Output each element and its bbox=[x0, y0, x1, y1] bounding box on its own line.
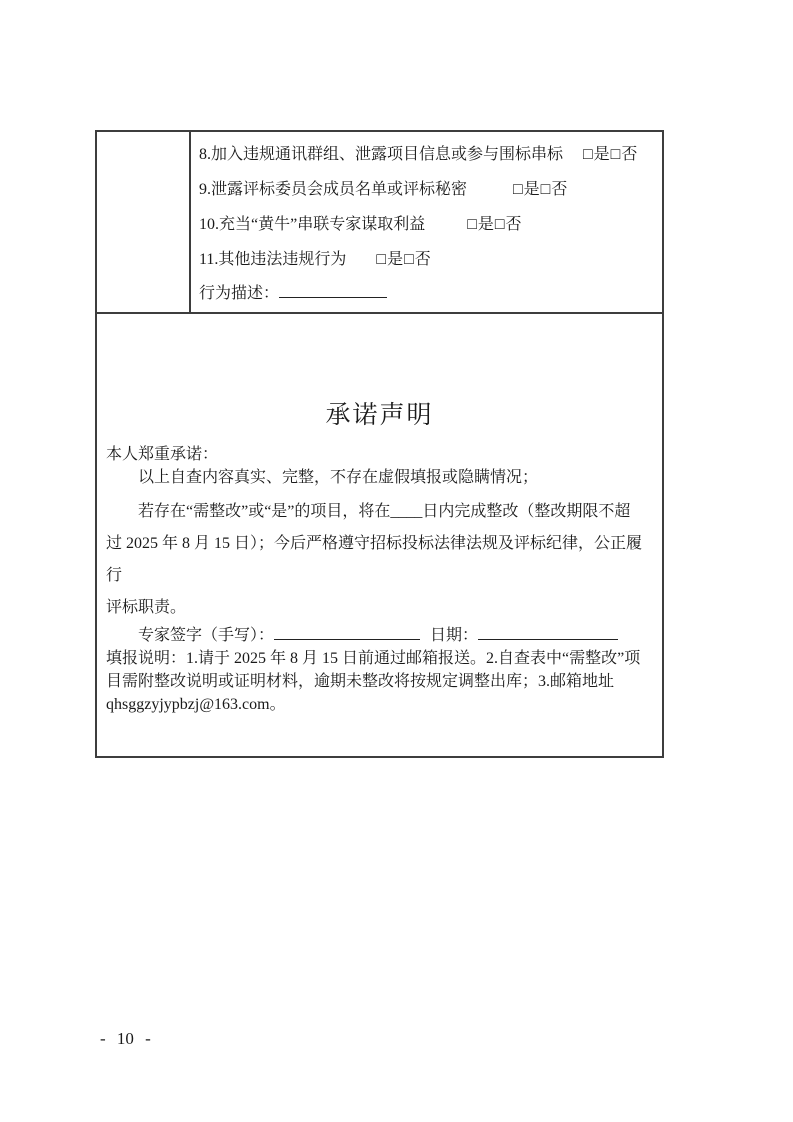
declaration-statement-2-line-1: 若存在“需整改”或“是”的项目，将在____日内完成整改（整改期限不超 bbox=[106, 496, 653, 528]
declaration-statement-2-line-2: 过 2025 年 8 月 15 日）；今后严格遵守招标投标法律法规及评标纪律，公… bbox=[106, 528, 653, 592]
checklist-item-8: 8.加入违规通讯群组、泄露项目信息或参与围标串标□是□否 bbox=[199, 137, 654, 172]
checklist-item-11-yes-no-checkboxes: □是□否 bbox=[376, 251, 431, 268]
checklist-items-cell: 8.加入违规通讯群组、泄露项目信息或参与围标串标□是□否 9.泄露评标委员会成员… bbox=[191, 132, 662, 312]
declaration-opening: 本人郑重承诺： bbox=[106, 443, 653, 466]
checklist-item-10-label: 10.充当“黄牛”串联专家谋取利益 bbox=[199, 216, 425, 233]
filing-instructions-line-2: 目需附整改说明或证明材料，逾期未整改将按规定调整出库；3.邮箱地址 bbox=[106, 670, 653, 693]
checklist-item-9-label: 9.泄露评标委员会成员名单或评标秘密 bbox=[199, 181, 467, 198]
checklist-item-9-yes-no-checkboxes: □是□否 bbox=[513, 181, 568, 198]
declaration-statement-1: 以上自查内容真实、完整，不存在虚假填报或隐瞒情况； bbox=[106, 466, 653, 489]
behavior-description-blank bbox=[279, 284, 387, 298]
declaration-title: 承诺声明 bbox=[106, 314, 653, 430]
page-number: - 10 - bbox=[100, 1029, 151, 1049]
signature-date-line: 专家签字（手写）：日期： bbox=[106, 624, 653, 647]
filing-instructions-line-1: 填报说明：1.请于 2025 年 8 月 15 日前通过邮箱报送。2.自查表中“… bbox=[106, 647, 653, 670]
date-label: 日期： bbox=[430, 627, 478, 644]
behavior-description-line: 行为描述： bbox=[199, 277, 654, 310]
checklist-item-10-yes-no-checkboxes: □是□否 bbox=[467, 216, 522, 233]
checklist-item-8-yes-no-checkboxes: □是□否 bbox=[583, 146, 638, 163]
date-blank bbox=[478, 626, 618, 640]
signature-blank bbox=[274, 626, 420, 640]
checklist-item-8-label: 8.加入违规通讯群组、泄露项目信息或参与围标串标 bbox=[199, 146, 563, 163]
checklist-item-10: 10.充当“黄牛”串联专家谋取利益□是□否 bbox=[199, 207, 654, 242]
checklist-item-11-label: 11.其他违法违规行为 bbox=[199, 251, 346, 268]
declaration-statement-2: 若存在“需整改”或“是”的项目，将在____日内完成整改（整改期限不超 过 20… bbox=[106, 496, 653, 624]
checklist-item-9: 9.泄露评标委员会成员名单或评标秘密□是□否 bbox=[199, 172, 654, 207]
category-cell-empty bbox=[97, 132, 191, 312]
filing-instructions-email: qhsggzyjypbzj@163.com。 bbox=[106, 693, 653, 716]
checklist-row: 8.加入违规通讯群组、泄露项目信息或参与围标串标□是□否 9.泄露评标委员会成员… bbox=[97, 132, 662, 314]
declaration-statement-2-line-3: 评标职责。 bbox=[106, 592, 653, 624]
signature-label: 专家签字（手写）： bbox=[138, 627, 274, 644]
declaration-section: 承诺声明 本人郑重承诺： 以上自查内容真实、完整，不存在虚假填报或隐瞒情况； 若… bbox=[97, 314, 662, 756]
behavior-description-label: 行为描述： bbox=[199, 285, 279, 302]
checklist-item-11: 11.其他违法违规行为□是□否 bbox=[199, 242, 654, 277]
self-inspection-table: 8.加入违规通讯群组、泄露项目信息或参与围标串标□是□否 9.泄露评标委员会成员… bbox=[95, 130, 664, 758]
